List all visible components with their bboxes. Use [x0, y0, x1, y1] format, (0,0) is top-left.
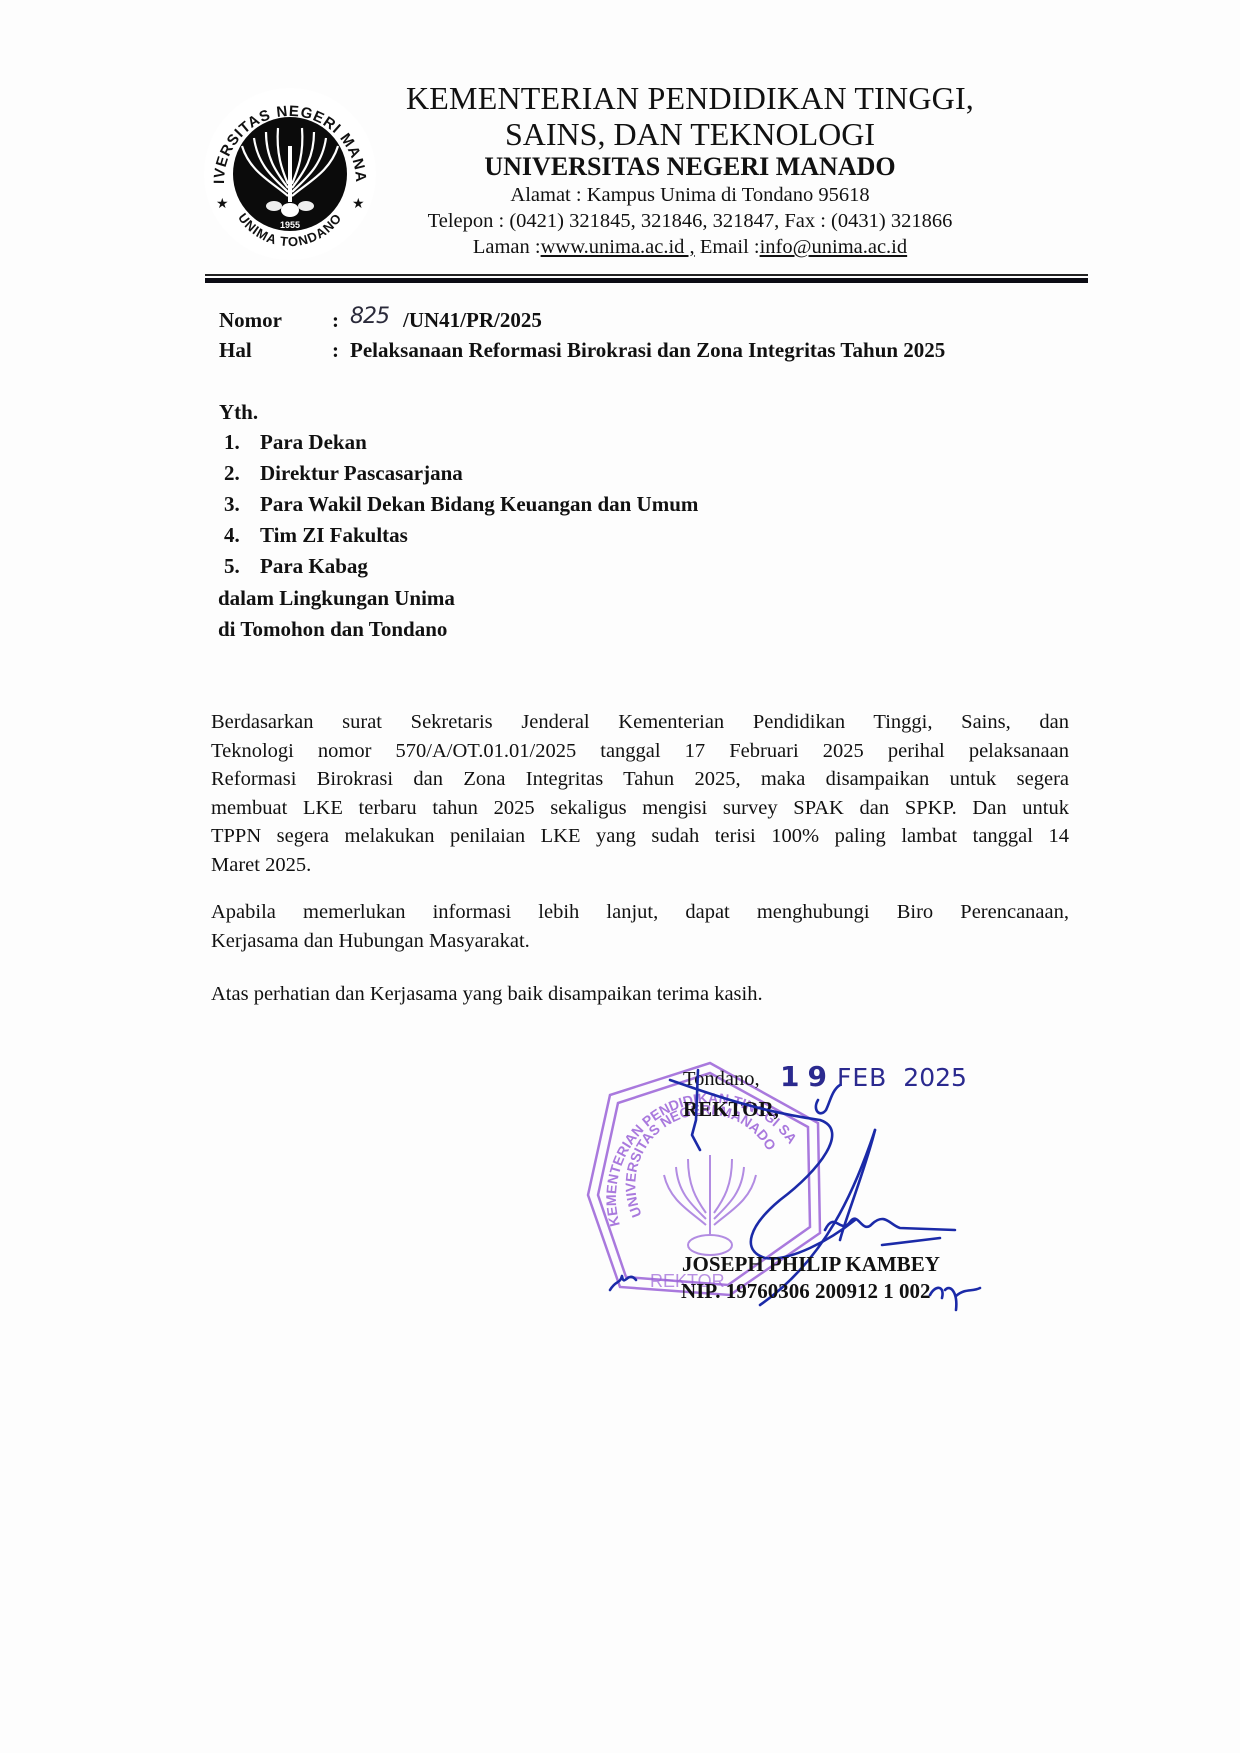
- letter-number-row: Nomor : 825/UN41/PR/2025: [0, 308, 1240, 336]
- paragraph-line: Maret 2025.: [211, 851, 1069, 880]
- paragraph-line: Reformasi Birokrasi dan Zona Integritas …: [211, 765, 1069, 794]
- letter-number: 825/UN41/PR/2025: [350, 308, 542, 333]
- recipient-scope: dalam Lingkungan Unima: [218, 586, 455, 611]
- paragraph-line: Berdasarkan surat Sekretaris Jenderal Ke…: [211, 708, 1069, 737]
- address: Alamat : Kampus Unima di Tondano 95618: [330, 184, 1050, 207]
- web-email-line: Laman :www.unima.ac.id , Email :info@uni…: [330, 236, 1050, 259]
- handwritten-signature-icon: [600, 1040, 1030, 1320]
- recipient-item: 1.Para Dekan: [0, 430, 1000, 461]
- nomor-label: Nomor: [219, 308, 282, 333]
- handwritten-number: 825: [350, 304, 389, 329]
- ministry-name-line2: SAINS, DAN TEKNOLOGI: [330, 116, 1050, 153]
- paragraph-line: Atas perhatian dan Kerjasama yang baik d…: [211, 980, 1069, 1009]
- ministry-name-line1: KEMENTERIAN PENDIDIKAN TINGGI,: [330, 80, 1050, 117]
- recipient-item: 4.Tim ZI Fakultas: [0, 523, 1000, 554]
- recipient-name: Direktur Pascasarjana: [260, 461, 463, 486]
- web-label: Laman :: [473, 236, 541, 258]
- body-paragraph-2: Apabila memerlukan informasi lebih lanju…: [211, 898, 1069, 955]
- salutation: Yth.: [219, 400, 258, 425]
- paragraph-line: TPPN segera melakukan penilaian LKE yang…: [211, 822, 1069, 851]
- hal-label: Hal: [219, 338, 252, 363]
- paragraph-line: Teknologi nomor 570/A/OT.01.01/2025 tang…: [211, 737, 1069, 766]
- recipient-number: 4.: [224, 523, 240, 548]
- subject: Pelaksanaan Reformasi Birokrasi dan Zona…: [350, 338, 945, 363]
- recipient-number: 3.: [224, 492, 240, 517]
- signatory-nip: NIP. 19760306 200912 1 002: [681, 1279, 931, 1304]
- recipient-name: Para Kabag: [260, 554, 368, 579]
- colon: :: [332, 308, 339, 333]
- recipient-item: 2.Direktur Pascasarjana: [0, 461, 1000, 492]
- recipient-location: di Tomohon dan Tondano: [218, 617, 447, 642]
- recipient-number: 2.: [224, 461, 240, 486]
- recipient-number: 1.: [224, 430, 240, 455]
- letter-number-suffix: /UN41/PR/2025: [403, 308, 542, 332]
- recipient-item: 3.Para Wakil Dekan Bidang Keuangan dan U…: [0, 492, 1000, 523]
- website-link[interactable]: www.unima.ac.id ,: [541, 236, 695, 258]
- email-label: Email :: [695, 236, 760, 258]
- svg-text:★: ★: [216, 197, 229, 212]
- email-link[interactable]: info@unima.ac.id: [760, 236, 908, 258]
- paragraph-line: Apabila memerlukan informasi lebih lanju…: [211, 898, 1069, 927]
- recipient-number: 5.: [224, 554, 240, 579]
- university-name: UNIVERSITAS NEGERI MANADO: [330, 152, 1050, 182]
- signatory-name: JOSEPH PHILIP KAMBEY: [682, 1252, 940, 1277]
- recipient-name: Para Wakil Dekan Bidang Keuangan dan Umu…: [260, 492, 698, 517]
- svg-text:1955: 1955: [280, 220, 300, 230]
- letterhead-rule-thin: [205, 274, 1088, 276]
- paragraph-line: Kerjasama dan Hubungan Masyarakat.: [211, 927, 1069, 956]
- letterhead-rule-thick: [205, 278, 1088, 283]
- recipient-name: Para Dekan: [260, 430, 367, 455]
- colon: :: [332, 338, 339, 363]
- paragraph-line: membuat LKE terbaru tahun 2025 sekaligus…: [211, 794, 1069, 823]
- phone-fax: Telepon : (0421) 321845, 321846, 321847,…: [330, 210, 1050, 233]
- body-paragraph-3: Atas perhatian dan Kerjasama yang baik d…: [211, 980, 1069, 1009]
- recipient-name: Tim ZI Fakultas: [260, 523, 408, 548]
- recipient-item: 5.Para Kabag: [0, 554, 1000, 585]
- body-paragraph-1: Berdasarkan surat Sekretaris Jenderal Ke…: [211, 708, 1069, 880]
- subject-row: Hal : Pelaksanaan Reformasi Birokrasi da…: [0, 338, 1240, 366]
